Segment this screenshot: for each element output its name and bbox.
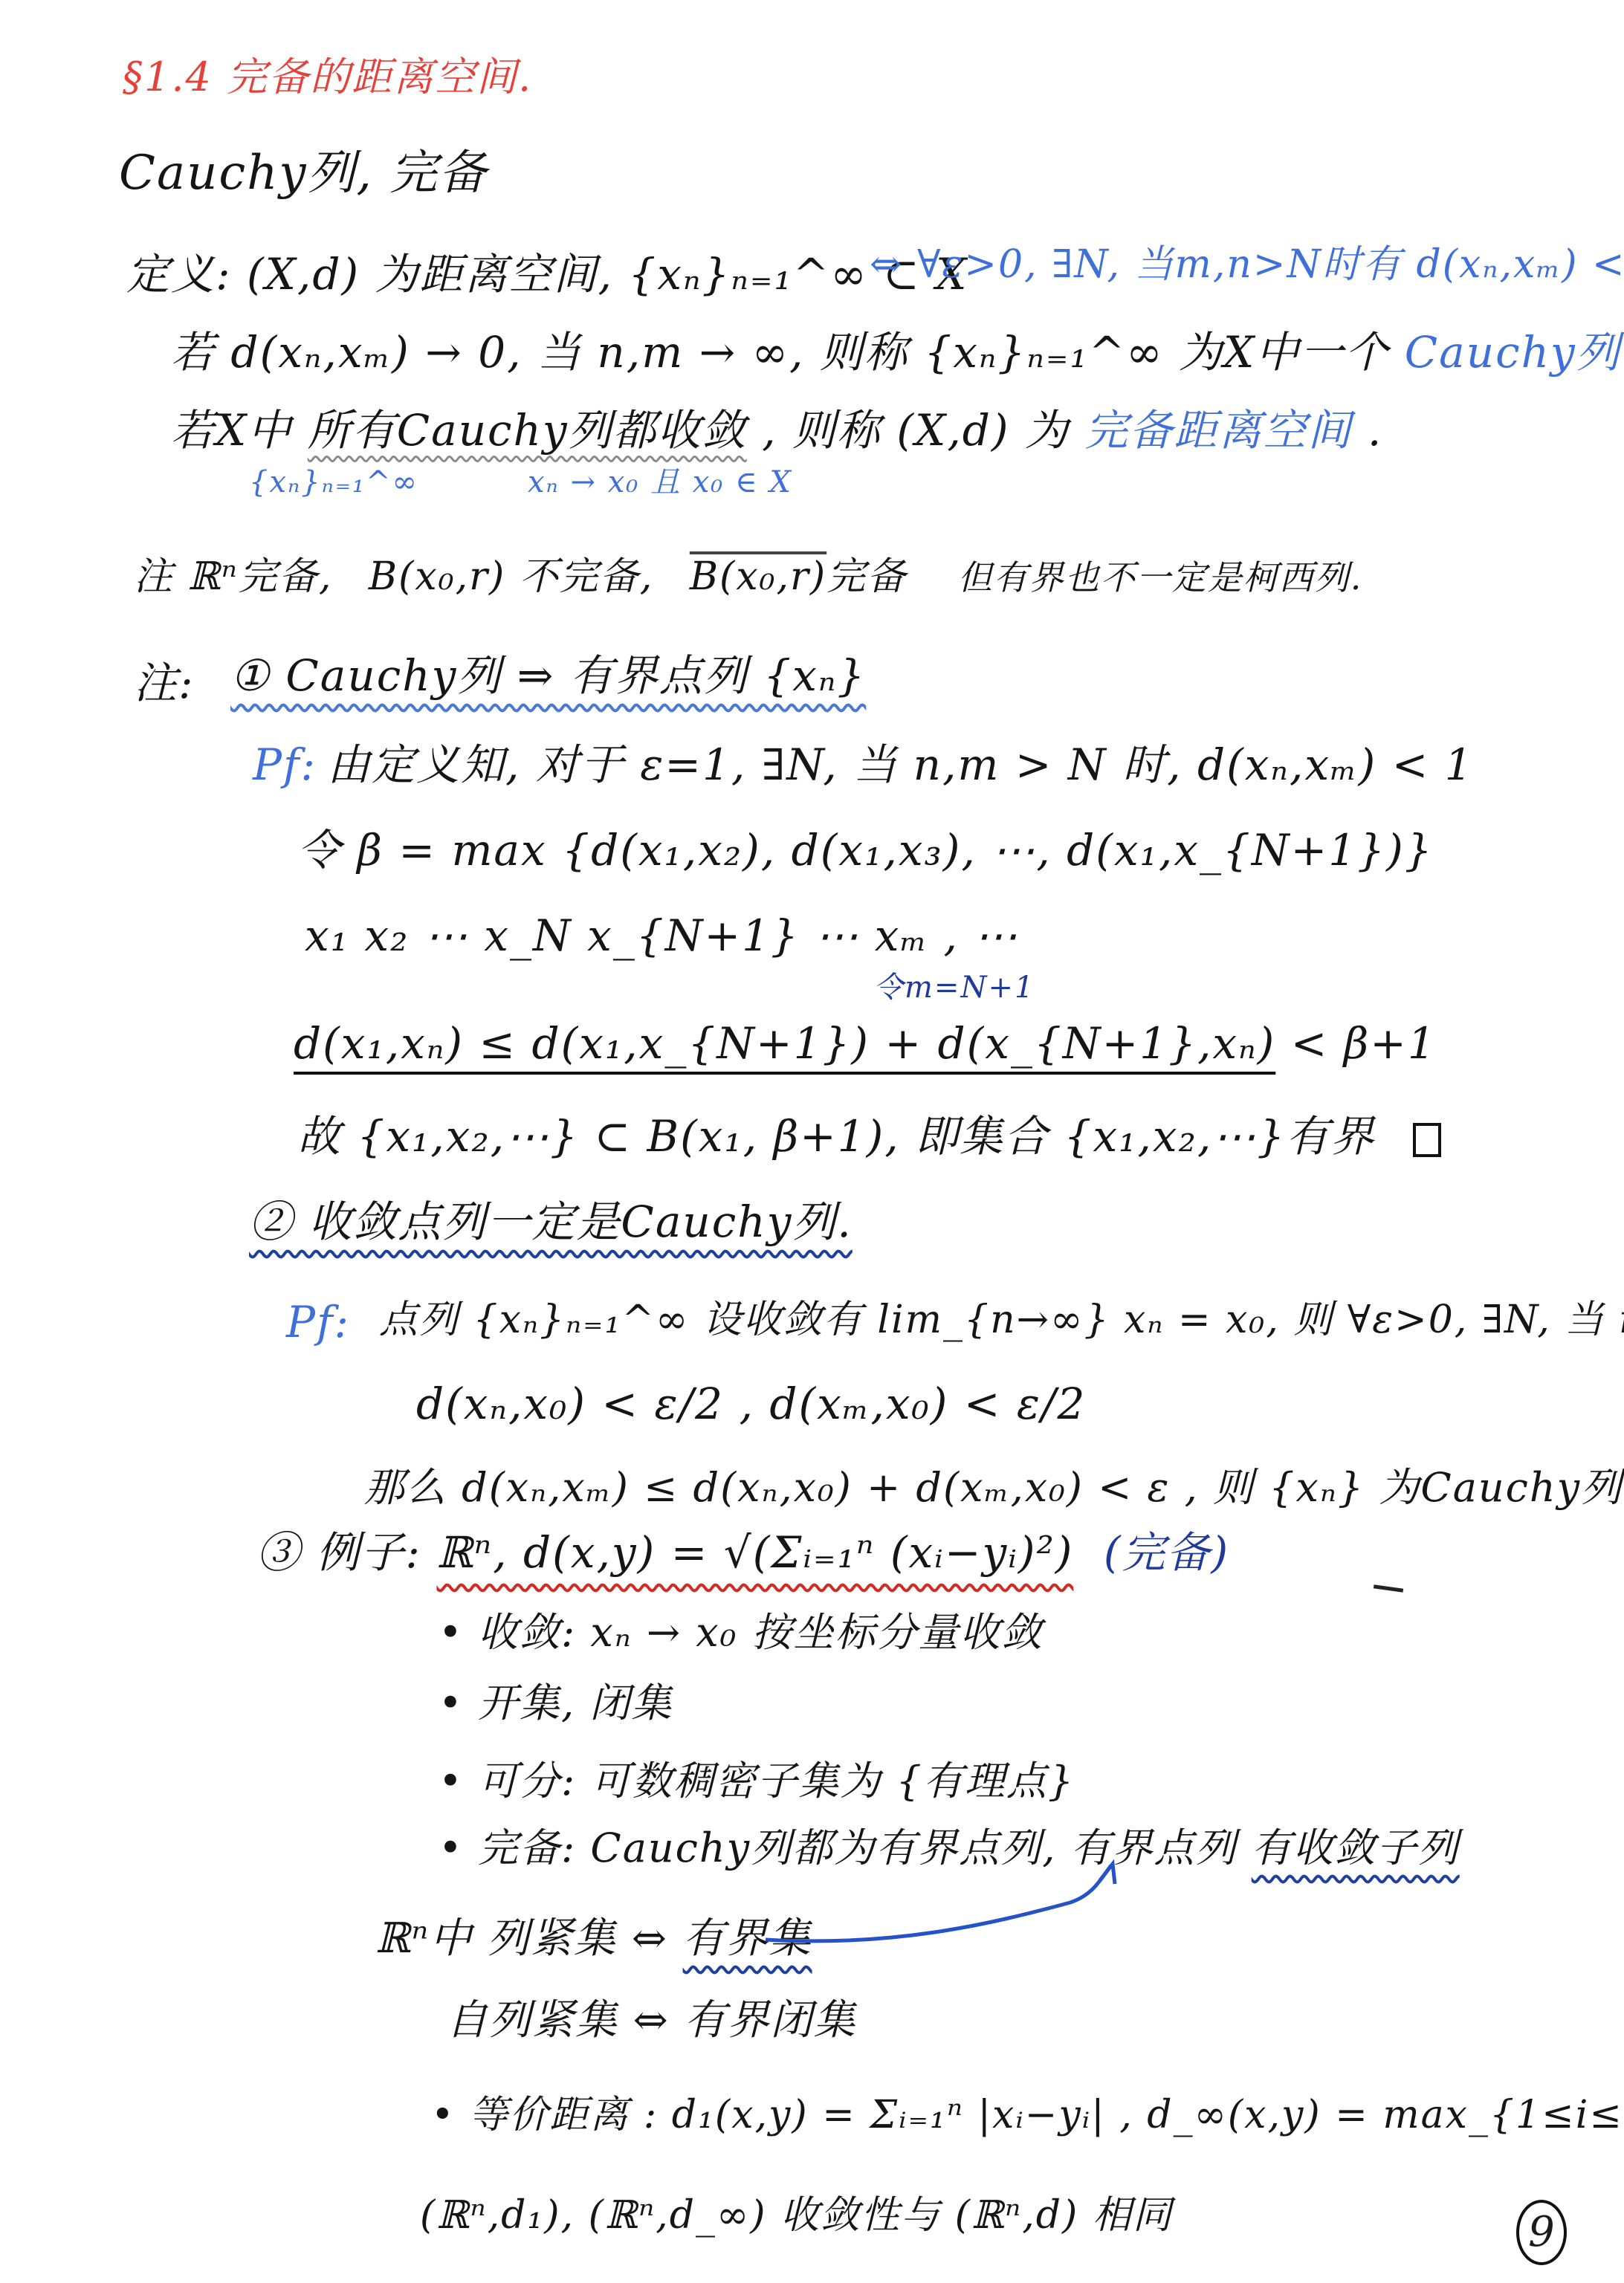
all-cauchy-converge-underlined: 所有Cauchy列都收敛 [308, 405, 747, 456]
self-compact-equivalence: 自列紧集 ⇔ 有界闭集 [446, 1995, 857, 2045]
rn-complete: 注 ℝⁿ完备, [134, 554, 332, 599]
cauchy-sequence-term: Cauchy列 (基本列) [1405, 327, 1624, 378]
compact-set-equivalence: ℝⁿ中 列紧集 ⇔ 有界集 [375, 1914, 812, 1963]
note-2-statement: ② 收敛点列一定是Cauchy列. [249, 1196, 853, 1249]
proof-1-line-1: 由定义知, 对于 ε=1, ∃N, 当 n,m > N 时, d(xₙ,xₘ) … [327, 739, 1474, 791]
stray-mark [1374, 1584, 1403, 1593]
section-title: §1.4 完备的距离空间. [123, 54, 532, 102]
definition-line-3: 若X中 所有Cauchy列都收敛 , 则称 (X,d) 为 完备距离空间 . [171, 405, 1382, 457]
set-m-note: 令m=N+1 [873, 970, 1035, 1006]
compact-set-text: ℝⁿ中 列紧集 ⇔ [375, 1914, 683, 1963]
definition-line-2-text: 若 d(xₙ,xₘ) → 0, 当 n,m → ∞, 则称 {xₙ}ₙ₌₁^∞ … [171, 327, 1389, 378]
note-3-prefix: ③ 例子: [256, 1527, 421, 1578]
convergence-annotation: xₙ → x₀ 且 x₀ ∈ X [528, 464, 792, 500]
complete-metric-space-term: 完备距离空间 [1084, 405, 1352, 456]
proof-1-line-2: 令 β = max {d(x₁,x₂), d(x₁,x₃), ⋯, d(x₁,x… [297, 825, 1434, 877]
open-ball-incomplete: B(x₀,r) 不完备, [369, 554, 653, 599]
bullet-convergence: • 收敛: xₙ → x₀ 按坐标分量收敛 [439, 1609, 1044, 1657]
proof-1-triangle-inequality: d(x₁,xₙ) ≤ d(x₁,x_{N+1}) + d(x_{N+1},xₙ)… [294, 1018, 1437, 1070]
complete-note: (完备) [1104, 1527, 1229, 1578]
definition-line-3-prefix: 若X中 [171, 405, 292, 456]
closed-ball: B(x₀,r) [690, 554, 826, 599]
triangle-inequality-bound: < β+1 [1275, 1018, 1437, 1069]
page-number: 9 [1516, 2200, 1567, 2265]
triangle-inequality-underlined: d(x₁,xₙ) ≤ d(x₁,x_{N+1}) + d(x_{N+1},xₙ) [294, 1018, 1275, 1069]
proof-2-line-2: d(xₙ,x₀) < ε/2 , d(xₘ,x₀) < ε/2 [416, 1379, 1086, 1431]
proof-1-label: Pf: [253, 739, 317, 791]
definition-line-2: 若 d(xₙ,xₘ) → 0, 当 n,m → ∞, 则称 {xₙ}ₙ₌₁^∞ … [171, 327, 1624, 379]
bullet-separable: • 可分: 可数稠密子集为 {有理点} [439, 1758, 1075, 1806]
bounded-not-cauchy-note: 但有界也不一定是柯西列. [958, 557, 1363, 598]
proof-1-conclusion-text: 故 {x₁,x₂,⋯} ⊂ B(x₁, β+1), 即集合 {x₁,x₂,⋯}有… [297, 1111, 1375, 1162]
bullet-open-closed-sets: • 开集, 闭集 [439, 1680, 673, 1728]
definition-line-1: 定义: (X,d) 为距离空间, {xₙ}ₙ₌₁^∞ ⊂ X [126, 249, 968, 301]
note-3-example: ③ 例子: ℝⁿ, d(x,y) = √(Σᵢ₌₁ⁿ (xᵢ−yᵢ)²) (完备… [256, 1527, 1229, 1579]
equivalent-metrics: • 等价距离 : d₁(x,y) = Σᵢ₌₁ⁿ |xᵢ−yᵢ| , d_∞(x… [431, 2092, 1624, 2138]
convergent-subsequence-underlined: 有收敛子列 [1252, 1824, 1460, 1871]
proof-2-line-1: 点列 {xₙ}ₙ₌₁^∞ 设收敛有 lim_{n→∞} xₙ = x₀, 则 ∀… [379, 1297, 1624, 1343]
bounded-set-underlined: 有界集 [683, 1914, 812, 1963]
proof-1-sequence: x₁ x₂ ⋯ x_N x_{N+1} ⋯ xₘ , ⋯ [305, 910, 1018, 962]
definition-line-3-end: . [1368, 405, 1382, 456]
proof-1-conclusion: 故 {x₁,x₂,⋯} ⊂ B(x₁, β+1), 即集合 {x₁,x₂,⋯}有… [297, 1111, 1441, 1163]
completeness-examples: 注 ℝⁿ完备, B(x₀,r) 不完备, B(x₀,r)完备 但有界也不一定是柯… [134, 554, 1362, 600]
definition-equivalent-note: ⇔ ∀ε>0, ∃N, 当m,n>N时有 d(xₙ,xₘ) < ε [870, 242, 1624, 288]
bullet-complete-text: • 完备: Cauchy列都为有界点列, 有界点列 [439, 1824, 1238, 1871]
definition-line-3-mid: , 则称 (X,d) 为 [762, 405, 1070, 456]
bullet-complete: • 完备: Cauchy列都为有界点列, 有界点列 有收敛子列 [439, 1824, 1460, 1873]
closed-ball-complete: 完备 [826, 554, 907, 599]
proof-2-line-3-text: 那么 d(xₙ,xₘ) ≤ d(xₙ,x₀) + d(xₘ,x₀) < ε , … [364, 1464, 1623, 1511]
note-1-statement: ① Cauchy列 ⇒ 有界点列 {xₙ} [230, 650, 866, 702]
subtitle: Cauchy列, 完备 [119, 145, 488, 202]
proof-2-label: Pf: [286, 1297, 350, 1349]
proof-2-line-3: 那么 d(xₙ,xₘ) ≤ d(xₙ,x₀) + d(xₘ,x₀) < ε , … [364, 1464, 1624, 1512]
notes-label: 注: [134, 658, 195, 710]
euclidean-metric-underlined: ℝⁿ, d(x,y) = √(Σᵢ₌₁ⁿ (xᵢ−yᵢ)²) [436, 1527, 1073, 1578]
equivalent-metrics-conclusion: (ℝⁿ,d₁), (ℝⁿ,d_∞) 收敛性与 (ℝⁿ,d) 相同 [420, 2192, 1173, 2238]
qed-square-icon [1413, 1123, 1441, 1157]
sequence-annotation: {xₙ}ₙ₌₁^∞ [249, 464, 418, 500]
